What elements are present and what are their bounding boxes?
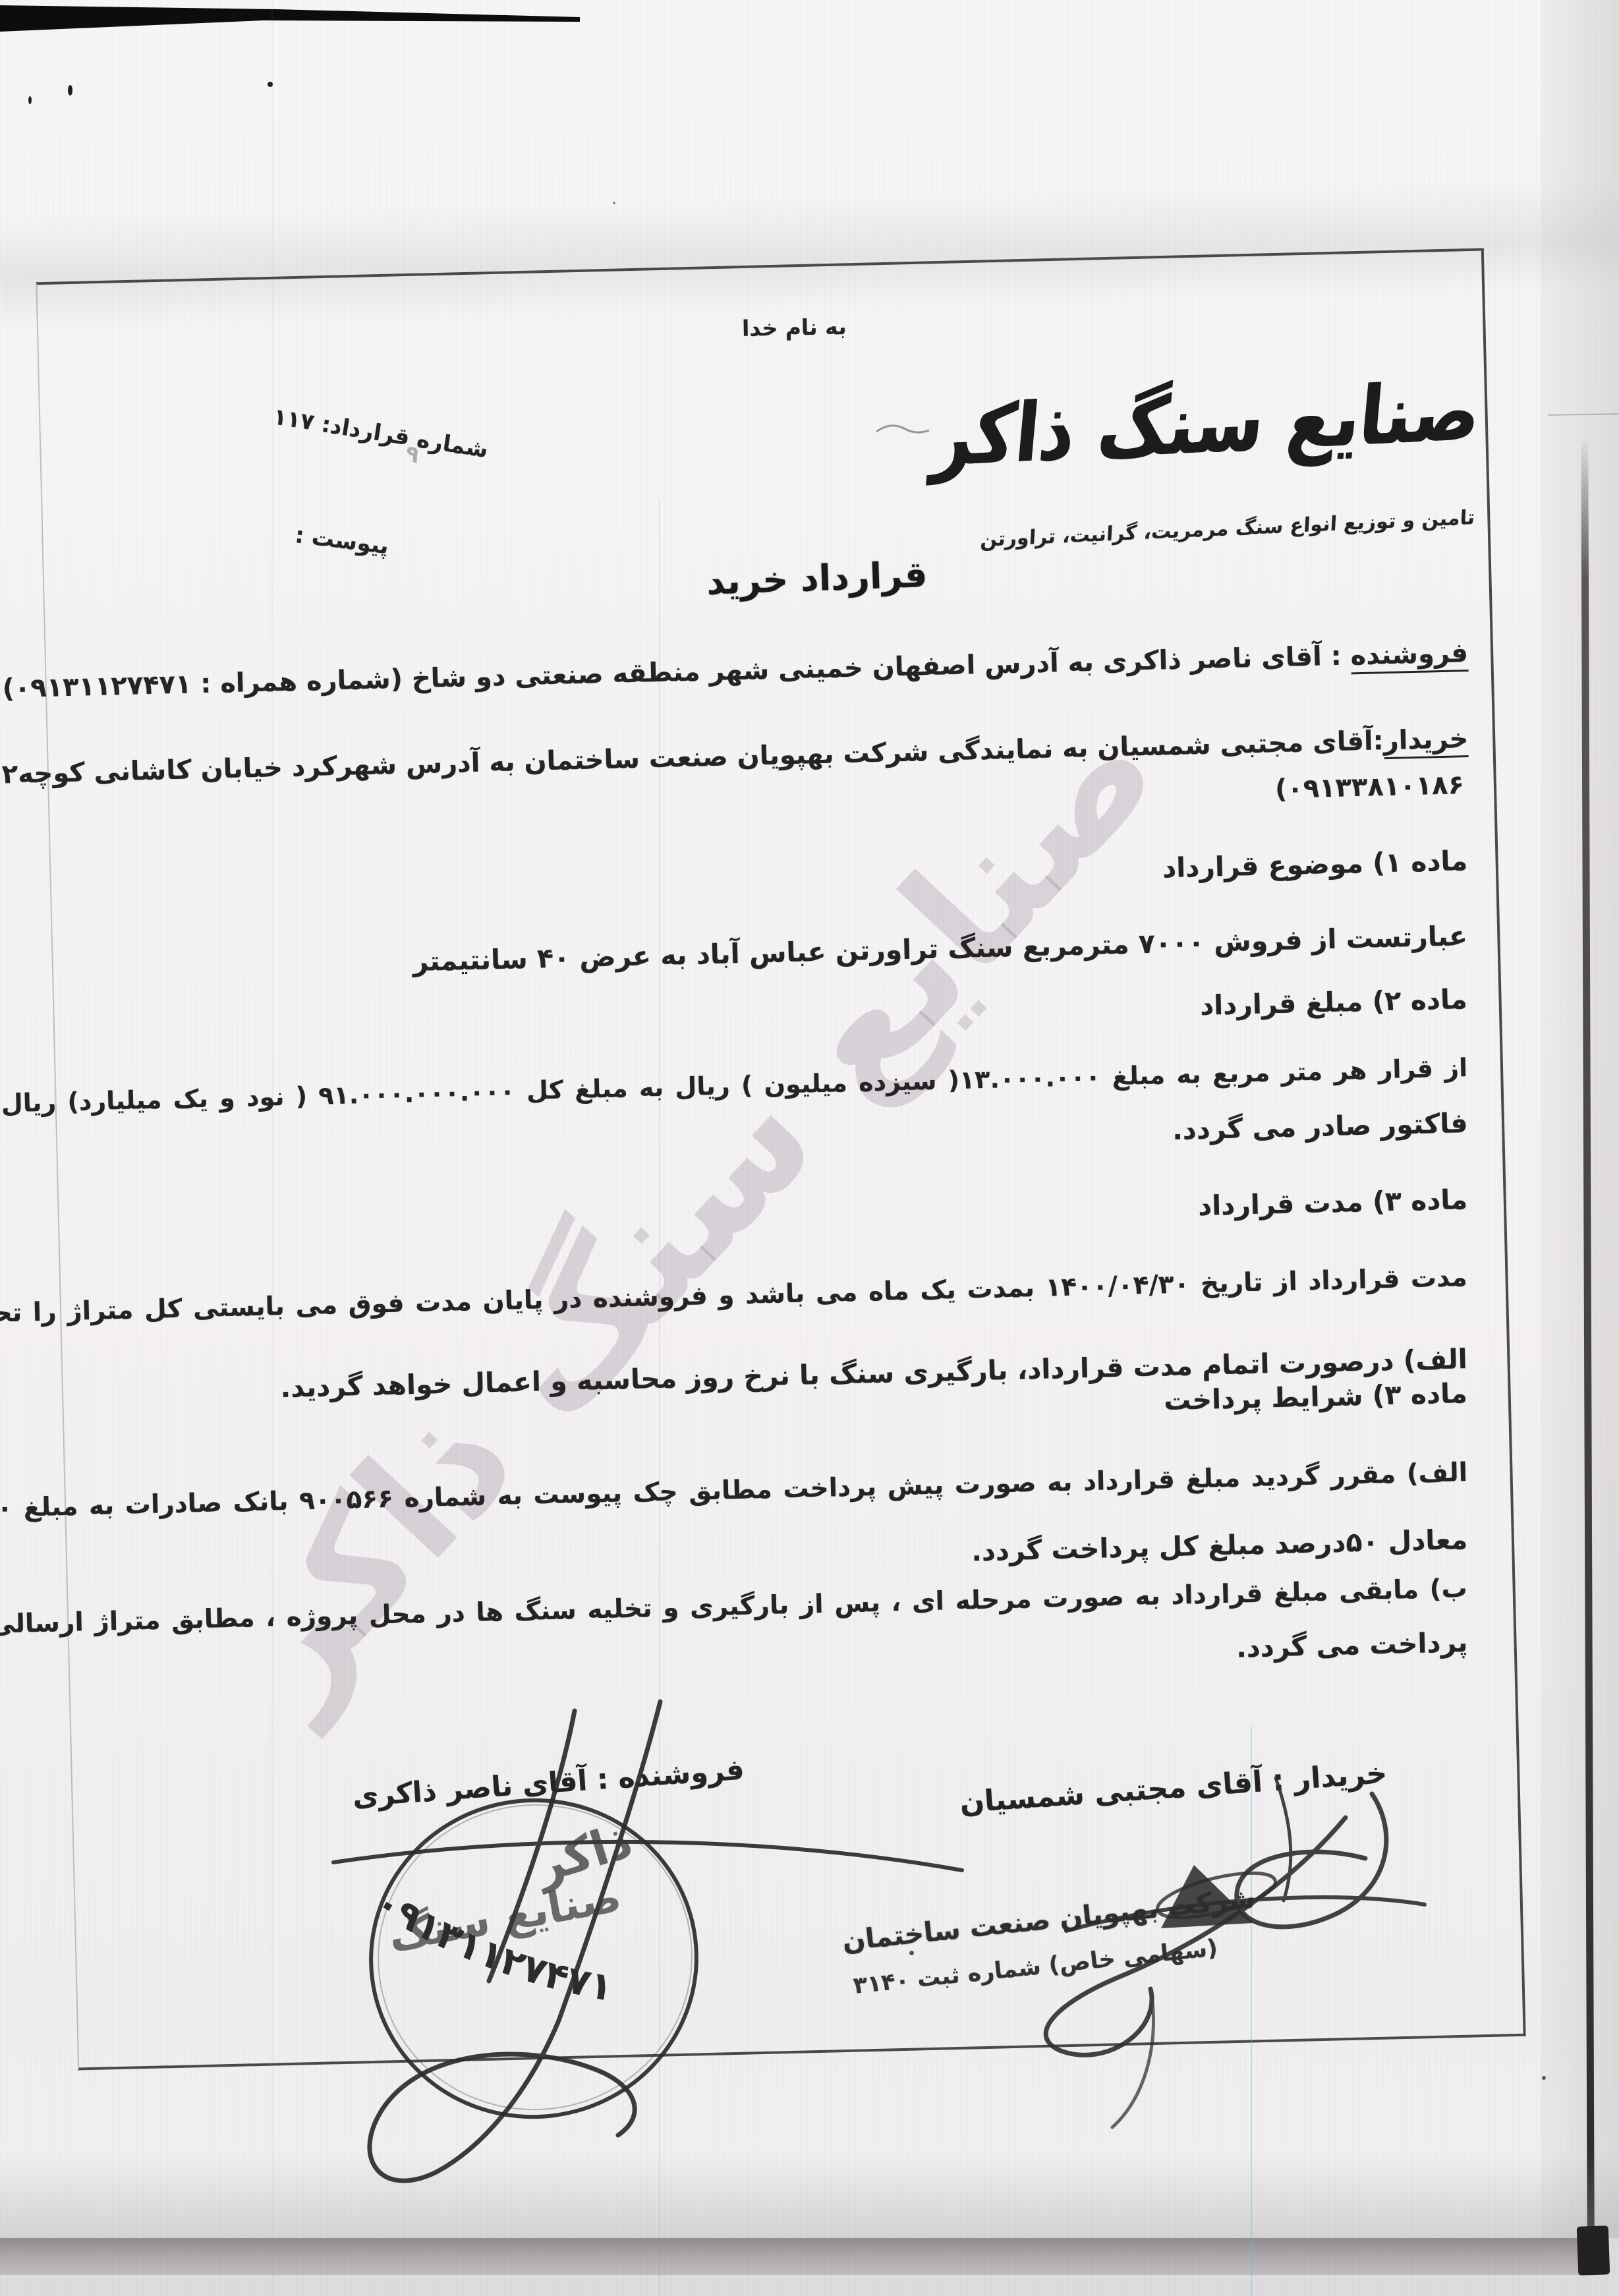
- scanned-contract-page: صنایع سنگ ذاکر به نام خدا شماره قرارداد:…: [0, 0, 1619, 2296]
- signatures-stamps-layer: صنایع سنگ ذاکر ۰۹۱۳۱۱۲۷۴۷۱: [0, 0, 1619, 2296]
- buyer-signature: [1046, 1778, 1425, 2127]
- pen-squiggle: [876, 426, 929, 432]
